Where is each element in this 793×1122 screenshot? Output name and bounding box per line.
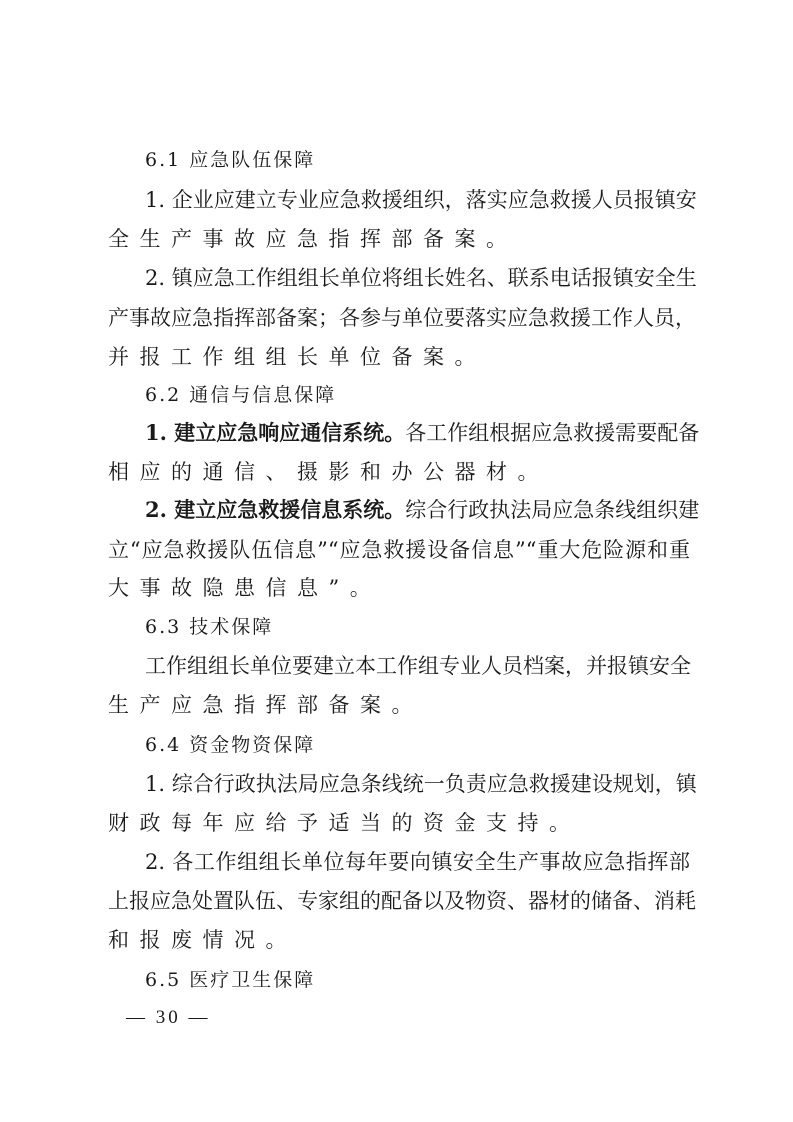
paragraph-line: 2. 各工作组组长单位每年要向镇安全生产事故应急指挥部	[145, 847, 690, 877]
paragraph-line: 相应的通信、摄影和办公器材。	[108, 457, 549, 487]
section-heading-6-4: 6.4 资金物资保障	[145, 730, 315, 760]
paragraph-line: 大事故隐患信息”。	[108, 573, 381, 603]
paragraph-line: 和报废情况。	[108, 925, 297, 955]
document-page: 6.1 应急队伍保障 1. 企业应建立专业应急救援组织，落实应急救援人员报镇安 …	[0, 0, 793, 1122]
bold-lead-text: 1. 建立应急响应通信系统。	[145, 420, 405, 445]
paragraph-line: 产事故应急指挥部备案；各参与单位要落实应急救援工作人员，	[108, 303, 690, 333]
paragraph-line: 1. 综合行政执法局应急条线统一负责应急救援建设规划，镇	[145, 769, 690, 799]
paragraph-line: 上报应急处置队伍、专家组的配备以及物资、器材的储备、消耗	[108, 886, 690, 916]
section-heading-6-2: 6.2 通信与信息保障	[145, 380, 336, 410]
paragraph-line: 工作组组长单位要建立本工作组专业人员档案，并报镇安全	[145, 651, 690, 681]
paragraph-text: 综合行政执法局应急条线组织建	[405, 498, 699, 522]
paragraph-line: 2. 镇应急工作组组长单位将组长姓名、联系电话报镇安全生	[145, 263, 690, 293]
bold-lead-text: 2. 建立应急救援信息系统。	[145, 497, 405, 522]
section-heading-6-1: 6.1 应急队伍保障	[145, 145, 315, 175]
section-heading-6-3: 6.3 技术保障	[145, 612, 273, 642]
paragraph-line: 1. 建立应急响应通信系统。各工作组根据应急救援需要配备	[145, 418, 690, 448]
paragraph-line: 全生产事故应急指挥部备案。	[108, 224, 518, 254]
paragraph-line: 并报工作组组长单位备案。	[108, 342, 486, 372]
paragraph-line: 生产应急指挥部备案。	[108, 690, 423, 720]
paragraph-line: 1. 企业应建立专业应急救援组织，落实应急救援人员报镇安	[145, 185, 690, 215]
section-heading-6-5: 6.5 医疗卫生保障	[145, 965, 315, 995]
paragraph-line: 财政每年应给予适当的资金支持。	[108, 808, 581, 838]
page-number: — 30 —	[126, 1004, 211, 1032]
paragraph-text: 各工作组根据应急救援需要配备	[405, 421, 699, 445]
paragraph-line: 立“应急救援队伍信息”“应急救援设备信息”“重大危险源和重	[108, 535, 690, 565]
paragraph-line: 2. 建立应急救援信息系统。综合行政执法局应急条线组织建	[145, 495, 690, 525]
